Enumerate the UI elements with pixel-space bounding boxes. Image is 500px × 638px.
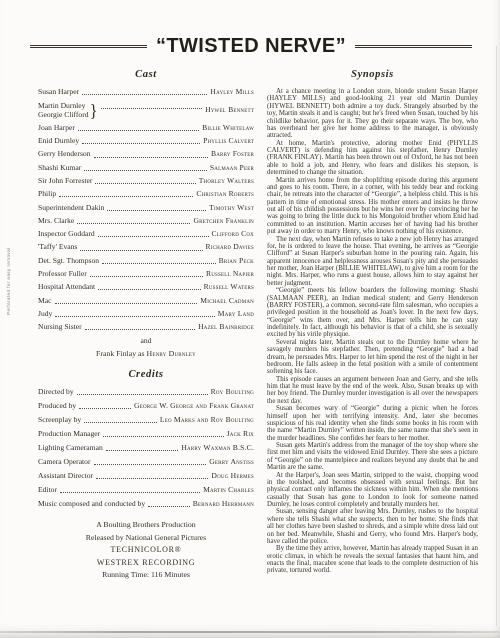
credit-name: Martin Charles — [203, 486, 254, 495]
cast-row: Superintendent DakinTimothy West — [38, 204, 254, 213]
cast-actor: Michael Cadman — [200, 297, 254, 306]
cast-role: Hospital Attendant — [38, 283, 95, 292]
cast-row: Det. Sgt. ThompsonBrian Peck — [38, 257, 254, 266]
cast-actor: Russell Waters — [204, 283, 254, 292]
dotted-leader — [55, 303, 198, 304]
credit-name: Leo Marks and Roy Boulting — [160, 416, 254, 425]
dotted-leader — [84, 422, 157, 423]
cast-role: Mac — [38, 297, 52, 306]
credit-role: Directed by — [38, 388, 74, 397]
cast-role: Joan Harper — [38, 124, 75, 133]
production-info: A Boulting Brothers ProductionReleased b… — [38, 519, 254, 581]
credit-role: Camera Operator — [38, 458, 91, 467]
cast-actor: Clifford Cox — [212, 230, 255, 239]
cast-actor: Brian Peck — [219, 257, 254, 266]
cast-role: Gerry Henderson — [38, 150, 91, 159]
dotted-leader — [106, 450, 179, 451]
credit-row: Music composed and conducted byBernard H… — [38, 500, 254, 509]
synopsis-heading: Synopsis — [267, 69, 478, 80]
credit-row: Assistant DirectorDoug Hermes — [38, 472, 254, 481]
cast-row: Gerry HendersonBarry Foster — [38, 150, 254, 159]
page-title: “TWISTED NERVE” — [156, 36, 346, 56]
cast-row: JudyMary Land — [38, 310, 254, 319]
cast-actor: Hayley Mills — [210, 88, 254, 97]
dotted-leader — [77, 223, 190, 224]
cast-role: Inspector Goddard — [38, 230, 95, 239]
synopsis-paragraph: The next day, when Martin refuses to tak… — [267, 236, 478, 288]
credit-role: Editor — [38, 486, 57, 495]
production-info-line: Released by National General Pictures — [38, 532, 254, 544]
production-info-line: WESTREX RECORDING — [38, 557, 254, 569]
dotted-leader — [60, 492, 200, 493]
cast-actor: Christian Roberts — [196, 190, 254, 199]
brace-glyph: } — [90, 102, 98, 120]
credit-role: Lighting Cameraman — [38, 444, 103, 453]
synopsis-column: Synopsis At a chance meeting in a London… — [267, 69, 478, 581]
cast-row: Inspector GoddardClifford Cox — [38, 230, 254, 239]
cast-actor: Billie Whitelaw — [202, 124, 254, 133]
synopsis-paragraph: By the time they arrive, however, Martin… — [267, 545, 478, 575]
cast-role: Enid Durnley — [38, 137, 79, 146]
cast-actor: Timothy West — [209, 204, 254, 213]
cast-actor: Gretchen Franklin — [193, 217, 254, 226]
credit-name: Harry Waxman B.S.C. — [181, 444, 254, 453]
credit-name: Bernard Herrmann — [193, 500, 254, 509]
cast-actor: Salmaan Peer — [210, 164, 254, 173]
credit-row: EditorMartin Charles — [38, 486, 254, 495]
cast-actor: Russell Napier — [206, 270, 254, 279]
special-billing-name: Henry Durnley — [147, 349, 196, 358]
dotted-leader — [82, 94, 207, 95]
credits-heading: Credits — [38, 369, 254, 380]
synopsis-paragraph: “Georgie” meets his fellow boarders the … — [267, 287, 478, 339]
cast-row: Professor FullerRussell Napier — [38, 270, 254, 279]
cast-role: Philip — [38, 190, 56, 199]
credits-section: Credits Directed byRoy BoultingProduced … — [38, 369, 254, 508]
production-info-line: A Boulting Brothers Production — [38, 519, 254, 531]
dotted-leader — [95, 183, 195, 184]
cast-row: Hospital AttendantRussell Waters — [38, 283, 254, 292]
credit-role: Music composed and conducted by — [38, 500, 145, 509]
cast-row: PhilipChristian Roberts — [38, 190, 254, 199]
dotted-leader — [101, 108, 202, 109]
credit-row: Screenplay byLeo Marks and Roy Boulting — [38, 416, 254, 425]
cast-actor: Phyllis Calvert — [203, 137, 254, 146]
title-rule-right — [355, 45, 472, 48]
title-rule-left — [30, 45, 147, 48]
cast-row: Enid DurnleyPhyllis Calvert — [38, 137, 254, 146]
cast-row-dual-role: Martin DurnleyGeorgie Clifford}Hywel Ben… — [38, 101, 254, 119]
cast-actor: Barry Foster — [211, 150, 254, 159]
page-content: Cast Susan HarperHayley MillsMartin Durn… — [0, 56, 500, 581]
cast-role: Shashi Kumar — [38, 164, 81, 173]
synopsis-paragraph: Susan becomes wary of “Georgie” during a… — [267, 405, 478, 442]
credit-name: Roy Boulting — [211, 388, 254, 397]
cast-list: Susan HarperHayley MillsMartin DurnleyGe… — [38, 88, 254, 332]
cast-role: Professor Fuller — [38, 270, 87, 279]
dotted-leader — [79, 408, 131, 409]
cast-actor: Mary Land — [218, 310, 254, 319]
special-billing-prefix: Frank Finlay as — [96, 349, 146, 358]
synopsis-paragraph: Several nights later, Martin steals out … — [267, 339, 478, 376]
dotted-leader — [84, 170, 207, 171]
cast-row: Nursing SisterHazel Bainbridge — [38, 323, 254, 332]
credit-name: Doug Hermes — [211, 472, 254, 481]
cast-actor: Thorley Walters — [199, 177, 254, 186]
dotted-leader — [103, 436, 223, 437]
credit-role: Produced by — [38, 402, 76, 411]
cast-role: Georgie Clifford — [38, 110, 89, 119]
cast-role: Susan Harper — [38, 88, 79, 97]
cast-actor: Hywel Bennett — [205, 106, 254, 115]
dotted-leader — [98, 289, 200, 290]
cast-actor: Hazel Bainbridge — [198, 323, 254, 332]
cast-role: 'Taffy' Evans — [38, 243, 77, 252]
and-label: and — [38, 336, 254, 345]
dotted-leader — [80, 250, 202, 251]
dotted-leader — [107, 210, 206, 211]
credit-role: Assistant Director — [38, 472, 93, 481]
synopsis-text: At a chance meeting in a London store, b… — [267, 88, 478, 575]
cast-role: Mrs. Clarke — [38, 217, 74, 226]
credit-row: Directed byRoy Boulting — [38, 388, 254, 397]
production-info-line: Running Time: 116 Minutes — [38, 569, 254, 581]
credit-row: Lighting CameramanHarry Waxman B.S.C. — [38, 444, 254, 453]
cast-role: Superintendent Dakin — [38, 204, 104, 213]
cast-role: Martin Durnley — [38, 101, 89, 110]
cast-credits-column: Cast Susan HarperHayley MillsMartin Durn… — [38, 69, 254, 581]
program-page: Perforated for easy removal “TWISTED NER… — [0, 0, 500, 638]
title-banner: “TWISTED NERVE” — [0, 0, 500, 56]
synopsis-paragraph: At home, Martin's protective, adoring mo… — [267, 140, 478, 177]
cast-row: Mrs. ClarkeGretchen Franklin — [38, 217, 254, 226]
credit-row: Produced byGeorge W. George and Frank Gr… — [38, 402, 254, 411]
credit-name: Gerry Anstiss — [209, 458, 254, 467]
synopsis-paragraph: At a chance meeting in a London store, b… — [267, 88, 478, 140]
dotted-leader — [148, 506, 190, 507]
cast-row: Susan HarperHayley Mills — [38, 88, 254, 97]
dotted-leader — [96, 478, 208, 479]
production-info-line: TECHNICOLOR® — [38, 544, 254, 556]
dotted-leader — [59, 196, 193, 197]
dotted-leader — [77, 394, 208, 395]
cast-row: 'Taffy' EvansRichard Davies — [38, 243, 254, 252]
credit-role: Screenplay by — [38, 416, 81, 425]
credits-list: Directed byRoy BoultingProduced byGeorge… — [38, 388, 254, 508]
dual-role-names: Martin DurnleyGeorgie Clifford — [38, 101, 89, 119]
credit-row: Production ManagerJack Rix — [38, 430, 254, 439]
cast-role: Judy — [38, 310, 52, 319]
cast-row: Shashi KumarSalmaan Peer — [38, 164, 254, 173]
cast-heading: Cast — [38, 69, 254, 80]
dotted-leader — [85, 329, 195, 330]
synopsis-paragraph: Susan gets Martin's address from the man… — [267, 442, 478, 472]
synopsis-paragraph: At the Harper's, Joan sees Martin, strip… — [267, 472, 478, 509]
dotted-leader — [78, 130, 199, 131]
special-billing: Frank Finlay as Henry Durnley — [38, 349, 254, 358]
dotted-leader — [98, 236, 209, 237]
cast-actor: Richard Davies — [206, 243, 255, 252]
dotted-leader — [55, 316, 214, 317]
dotted-leader — [94, 464, 207, 465]
dotted-leader — [94, 157, 208, 158]
cast-role: Sir John Forrester — [38, 177, 92, 186]
dotted-leader — [102, 263, 216, 264]
cast-role: Nursing Sister — [38, 323, 82, 332]
cast-row: MacMichael Cadman — [38, 297, 254, 306]
credit-name: Jack Rix — [227, 430, 254, 439]
credit-name: George W. George and Frank Granat — [134, 402, 254, 411]
credit-row: Camera OperatorGerry Anstiss — [38, 458, 254, 467]
cast-row: Joan HarperBillie Whitelaw — [38, 124, 254, 133]
dotted-leader — [90, 276, 203, 277]
synopsis-paragraph: This episode causes an argument between … — [267, 376, 478, 406]
cast-role: Det. Sgt. Thompson — [38, 257, 99, 266]
synopsis-paragraph: Susan, sensing danger after leaving Mrs.… — [267, 508, 478, 545]
synopsis-paragraph: Martin arrives home from the shoplifting… — [267, 177, 478, 236]
credit-role: Production Manager — [38, 430, 100, 439]
cast-row: Sir John ForresterThorley Walters — [38, 177, 254, 186]
dotted-leader — [82, 143, 200, 144]
side-note-vertical-text: Perforated for easy removal — [6, 248, 11, 315]
